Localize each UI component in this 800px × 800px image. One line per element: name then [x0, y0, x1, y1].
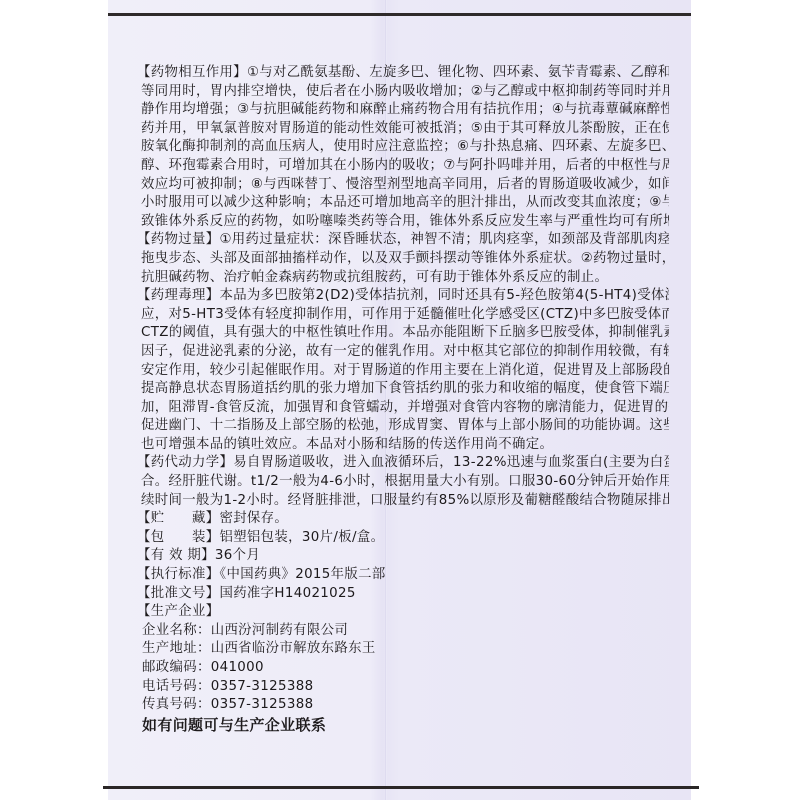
section-text: 致锥体外系反应的药物，如吩噻嗪类药等合用，锥体外系反应发生率与严重性均可有所增加… — [137, 213, 669, 232]
company-fax-row: 传真号码：0357-3125388 — [137, 696, 669, 715]
leaflet-content: 【药物相互作用】①与对乙酰氨基酚、左旋多巴、锂化物、四环素、氨苄青霉素、乙醇和安… — [137, 64, 669, 734]
section-packaging: 【包 装】铝塑铝包装，30片/板/盒。 — [137, 529, 669, 548]
section-label: 【包 装】 — [137, 530, 219, 545]
section-text: ①用药过量症状：深昏睡状态，神智不清；肌肉痉挛，如颈部及背部肌肉痉挛、 — [219, 232, 669, 247]
section-drug-interactions: 【药物相互作用】①与对乙酰氨基酚、左旋多巴、锂化物、四环素、氨苄青霉素、乙醇和安… — [137, 64, 669, 231]
section-text: 药并用，甲氧氯普胺对胃肠道的能动性效能可被抵消；⑤由于其可释放儿茶酚胺，正在使用… — [137, 120, 669, 139]
section-label: 【药理毒理】 — [137, 288, 219, 303]
section-text: 也可增强本品的镇吐效应。本品对小肠和结肠的传送作用尚不确定。 — [137, 436, 669, 455]
section-text: 安定作用，较少引起催眠作用。对于胃肠道的作用主要在上消化道，促进胃及上部肠段的运… — [137, 362, 669, 381]
section-text: 因子，促进泌乳素的分泌，故有一定的催乳作用。对中枢其它部位的抑制作用较微，有较弱… — [137, 343, 669, 362]
section-approval-number: 【批准文号】国药准字H14021025 — [137, 585, 669, 604]
company-fax-label: 传真号码： — [142, 697, 211, 712]
company-phone: 0357-3125388 — [211, 679, 314, 694]
section-shelf-life: 【有 效 期】36个月 — [137, 547, 669, 566]
section-storage: 【贮 藏】密封保存。 — [137, 510, 669, 529]
section-text: 等同用时，胃内排空增快，使后者在小肠内吸收增加；②与乙醇或中枢抑制药等同时并用，… — [137, 83, 669, 102]
company-address: 山西省临汾市解放东路东王 — [211, 641, 376, 656]
section-label: 【有 效 期】 — [137, 548, 215, 563]
section-standard: 【执行标准】《中国药典》2015年版二部 — [137, 566, 669, 585]
section-text: ①与对乙酰氨基酚、左旋多巴、锂化物、四环素、氨苄青霉素、乙醇和安定 — [247, 65, 669, 80]
company-name-label: 企业名称： — [142, 623, 211, 638]
company-postcode-label: 邮政编码： — [142, 660, 211, 675]
section-text: 国药准字H14021025 — [219, 586, 355, 601]
section-label: 【贮 藏】 — [137, 511, 219, 526]
section-text: 应，对5-HT3受体有轻度抑制作用，可作用于延髓催吐化学感受区(CTZ)中多巴胺… — [137, 306, 669, 325]
section-text: 合。经肝脏代谢。t1/2一般为4-6小时，根据用量大小有别。口服30-60分钟后… — [137, 473, 669, 492]
section-text: CTZ的阈值，具有强大的中枢性镇吐作用。本品亦能阻断下丘脑多巴胺受体，抑制催乳素… — [137, 324, 669, 343]
section-text: 密封保存。 — [219, 511, 288, 526]
company-address-label: 生产地址： — [142, 641, 211, 656]
section-label: 【生产企业】 — [137, 604, 219, 619]
company-phone-label: 电话号码： — [142, 679, 211, 694]
section-label: 【执行标准】 — [137, 567, 219, 582]
section-overdose: 【药物过量】①用药过量症状：深昏睡状态，神智不清；肌肉痉挛，如颈部及背部肌肉痉挛… — [137, 231, 669, 287]
section-text: 铝塑铝包装，30片/板/盒。 — [219, 530, 384, 545]
section-text: 36个月 — [215, 548, 260, 563]
company-name-row: 企业名称：山西汾河制药有限公司 — [137, 622, 669, 641]
section-text: 促进幽门、十二指肠及上部空肠的松弛，形成胃窦、胃体与上部小肠间的功能协调。这些作… — [137, 417, 669, 436]
section-text: 效应均可被抑制；⑧与西咪替丁、慢溶型剂型地高辛同用，后者的胃肠道吸收减少，如间隔… — [137, 176, 669, 195]
section-label: 【药物过量】 — [137, 232, 219, 247]
section-text: 醇、环孢霉素合用时，可增加其在小肠内的吸收；⑦与阿扑吗啡并用，后者的中枢性与周围… — [137, 157, 669, 176]
section-text: 抗胆碱药物、治疗帕金森病药物或抗组胺药，可有助于锥体外系反应的制止。 — [137, 269, 669, 288]
section-label: 【药代动力学】 — [137, 455, 233, 470]
company-fax: 0357-3125388 — [211, 697, 314, 712]
section-text: 续时间一般为1-2小时。经肾脏排泄，口服量约有85%以原形及葡糖醛酸结合物随尿排… — [137, 492, 669, 511]
section-text: 提高静息状态胃肠道括约肌的张力增加下食管括约肌的张力和收缩的幅度，使食管下端压力… — [137, 380, 669, 399]
contact-manufacturer-note: 如有问题可与生产企业联系 — [137, 716, 669, 735]
section-text: 易自胃肠道吸收，进入血液循环后，13-22%迅速与血浆蛋白(主要为白蛋白)结 — [233, 455, 669, 470]
section-text: 小时服用可以减少这种影响；本品还可增加地高辛的胆汁排出，从而改变其血浓度；⑨与能… — [137, 194, 669, 213]
section-manufacturer: 【生产企业】 — [137, 603, 669, 622]
company-postcode: 041000 — [211, 660, 264, 675]
section-text: 胺氧化酶抑制剂的高血压病人，使用时应注意监控；⑥与扑热息痛、四环素、左旋多巴、乙 — [137, 138, 669, 157]
company-name: 山西汾河制药有限公司 — [211, 623, 348, 638]
section-pharmacokinetics: 【药代动力学】易自胃肠道吸收，进入血液循环后，13-22%迅速与血浆蛋白(主要为… — [137, 454, 669, 510]
section-label: 【药物相互作用】 — [137, 65, 247, 80]
section-text: 加，阻滞胃-食管反流，加强胃和食管蠕动，并增强对食管内容物的廓清能力，促进胃的排… — [137, 399, 669, 418]
bottom-border-rule — [103, 786, 699, 789]
section-pharmacology: 【药理毒理】本品为多巴胺第2(D2)受体拮抗剂，同时还具有5-羟色胺第4(5-H… — [137, 287, 669, 454]
company-info: 企业名称：山西汾河制药有限公司 生产地址：山西省临汾市解放东路东王 邮政编码：0… — [137, 622, 669, 735]
section-text: 静作用均增强；③与抗胆碱能药物和麻醉止痛药物合用有拮抗作用；④与抗毒蕈碱麻醉性镇… — [137, 101, 669, 120]
company-postcode-row: 邮政编码：041000 — [137, 659, 669, 678]
section-text: 本品为多巴胺第2(D2)受体拮抗剂，同时还具有5-羟色胺第4(5-HT4)受体激… — [219, 288, 669, 303]
company-address-row: 生产地址：山西省临汾市解放东路东王 — [137, 640, 669, 659]
company-phone-row: 电话号码：0357-3125388 — [137, 678, 669, 697]
section-text: 拖曳步态、头部及面部抽搐样动作，以及双手颤抖摆动等锥体外系症状。②药物过量时，使… — [137, 250, 669, 269]
section-label: 【批准文号】 — [137, 586, 219, 601]
section-text: 《中国药典》2015年版二部 — [219, 567, 385, 582]
top-border-rule — [108, 13, 691, 16]
